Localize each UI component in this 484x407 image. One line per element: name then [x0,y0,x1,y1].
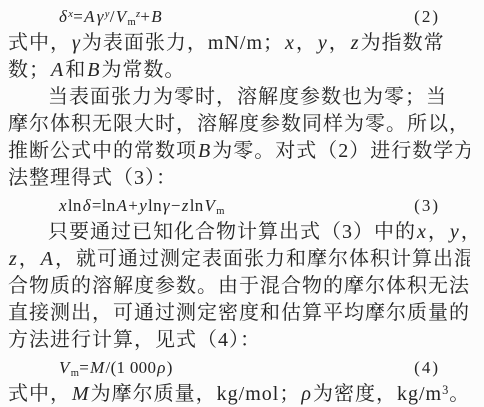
text-segment: ln [68,196,82,215]
line-content: δx=Aγy/Vmz+B [58,3,163,30]
line-content: 合物质的溶解度参数。由于混合物的摩尔体积无法 [8,275,470,297]
text-segment: 为摩尔质量， [91,383,217,405]
text-segment: = [73,7,83,26]
text-segment: z [136,9,140,20]
text-segment: B [150,7,163,26]
text-segment: ρ [156,358,166,377]
text-line: 直接测出，可通过测定密度和估算平均摩尔质量的 [8,300,470,327]
text-segment: ， [329,32,350,54]
text-segment: 为零。对式（2）进行数学方 [212,140,470,162]
text-line: 式中，γ为表面张力，mN/m；x，y，z为指数常 [8,30,470,57]
text-segment: δ [58,7,68,26]
text-segment: B [86,59,101,81]
text-segment: y [105,9,110,20]
line-content: 只要通过已知化合物计算出式（3）中的x，y， [48,221,470,243]
text-segment: z [8,248,19,270]
text-line: 当表面张力为零时，溶解度参数也为零；当 [8,84,470,111]
text-segment: ln [102,196,116,215]
text-segment: + [140,7,150,26]
text-segment: m [216,206,225,217]
text-segment: 式中， [8,383,71,405]
text-segment: 法整理得式（3）： [8,167,177,189]
text-segment: x [284,32,296,54]
equation-3: xlnδ=lnA+ylnγ−zlnVm(3) [8,192,470,219]
text-line: 数；A和B为常数。 [8,57,470,84]
text-segment: ， [428,221,449,243]
equation-2: δx=Aγy/Vmz+B(2) [8,3,470,30]
text-segment: V [204,196,217,215]
text-segment: ； [263,32,284,54]
text-line: 推断公式中的常数项B为零。对式（2）进行数学方 [8,138,470,165]
text-segment: ； [279,383,300,405]
text-segment: y [138,196,148,215]
line-content: 推断公式中的常数项B为零。对式（2）进行数学方 [8,140,470,162]
line-content: xlnδ=lnA+ylnγ−zlnVm [58,192,225,219]
text-segment: 为常数。 [101,59,185,81]
text-segment: 推断公式中的常数项 [8,140,197,162]
text-segment: 直接测出，可通过测定密度和估算平均摩尔质量的 [8,302,470,324]
text-segment: y [449,221,461,243]
text-segment: A [40,248,55,270]
text-segment: = [79,358,89,377]
text-segment: 只要通过已知化合物计算出式（3）中的 [48,221,416,243]
equation-number: (2) [414,3,440,30]
text-segment: 和 [65,59,86,81]
line-content: 当表面张力为零时，溶解度参数也为零；当 [48,86,447,108]
text-segment: + [128,196,138,215]
text-segment: y [317,32,329,54]
text-line: 摩尔体积无限大时，溶解度参数同样为零。所以， [8,111,470,138]
text-line: 合物质的溶解度参数。由于混合物的摩尔体积无法 [8,273,470,300]
line-content: 式中，M为摩尔质量，kg/mol；ρ为密度，kg/m3。 [8,383,470,405]
text-line: 法整理得式（3）： [8,165,470,192]
text-segment: m [127,17,136,28]
text-segment: 摩尔体积无限大时，溶解度参数同样为零。所以， [8,113,470,135]
text-segment: A [50,59,65,81]
text-segment: ρ [300,383,313,405]
text-segment: x [416,221,428,243]
text-segment: − [171,196,181,215]
text-line: 方法进行计算，见式（4）： [8,327,470,354]
text-segment: 式中， [8,32,71,54]
equation-number: (3) [414,192,440,219]
text-segment: x [68,9,73,20]
text-segment: = [92,196,102,215]
line-content: 直接测出，可通过测定密度和估算平均摩尔质量的 [8,302,470,324]
line-content: 数；A和B为常数。 [8,59,185,81]
line-content: 方法进行计算，见式（4）： [8,329,261,351]
text-segment: kg/m [397,383,442,405]
text-segment: γ [71,32,82,54]
text-segment: ) [167,358,173,377]
text-segment: 方法进行计算，见式（4）： [8,329,261,351]
text-segment: kg/mol [217,383,280,405]
equation-4: Vm=M/(1 000ρ)(4) [8,354,470,381]
text-segment: ln [190,196,204,215]
text-segment: δ [82,196,92,215]
text-segment: ， [461,221,470,243]
text-segment: mN/m [208,32,263,54]
text-line: 式中，M为摩尔质量，kg/mol；ρ为密度，kg/m3。 [8,381,470,407]
text-segment: V [58,358,71,377]
text-segment: z [181,196,190,215]
line-content: z，A，就可通过测定表面张力和摩尔体积计算出混 [8,248,470,270]
text-segment: V [115,7,128,26]
line-content: 式中，γ为表面张力，mN/m；x，y，z为指数常 [8,32,445,54]
text-segment: x [58,196,68,215]
text-segment: /(1 000 [106,358,157,377]
text-segment: ， [19,248,40,270]
text-segment: 数； [8,59,50,81]
text-segment: 当表面张力为零时，溶解度参数也为零；当 [48,86,447,108]
text-segment: 合物质的溶解度参数。由于混合物的摩尔体积无法 [8,275,470,297]
text-segment: M [89,358,105,377]
text-segment: ，就可通过测定表面张力和摩尔体积计算出混 [55,248,470,270]
text-segment: z [350,32,361,54]
line-content: 摩尔体积无限大时，溶解度参数同样为零。所以， [8,113,470,135]
text-segment: M [71,383,91,405]
text-segment: ， [296,32,317,54]
text-segment: A [83,7,96,26]
text-segment: 。 [449,383,470,405]
line-content: 法整理得式（3）： [8,167,177,189]
text-segment: γ [162,196,171,215]
text-segment: B [197,140,212,162]
text-segment: ln [148,196,162,215]
text-segment: A [116,196,129,215]
line-content: Vm=M/(1 000ρ) [58,354,173,381]
text-line: 只要通过已知化合物计算出式（3）中的x，y， [8,219,470,246]
text-segment: 为指数常 [361,32,445,54]
text-segment: γ [96,7,105,26]
text-segment: m [71,368,80,379]
text-segment: 为密度， [313,383,397,405]
document-body: δx=Aγy/Vmz+B(2)式中，γ为表面张力，mN/m；x，y，z为指数常数… [0,0,484,407]
text-segment: 为表面张力， [82,32,208,54]
equation-number: (4) [414,354,440,381]
text-line: z，A，就可通过测定表面张力和摩尔体积计算出混 [8,246,470,273]
text-segment: 3 [442,383,449,397]
